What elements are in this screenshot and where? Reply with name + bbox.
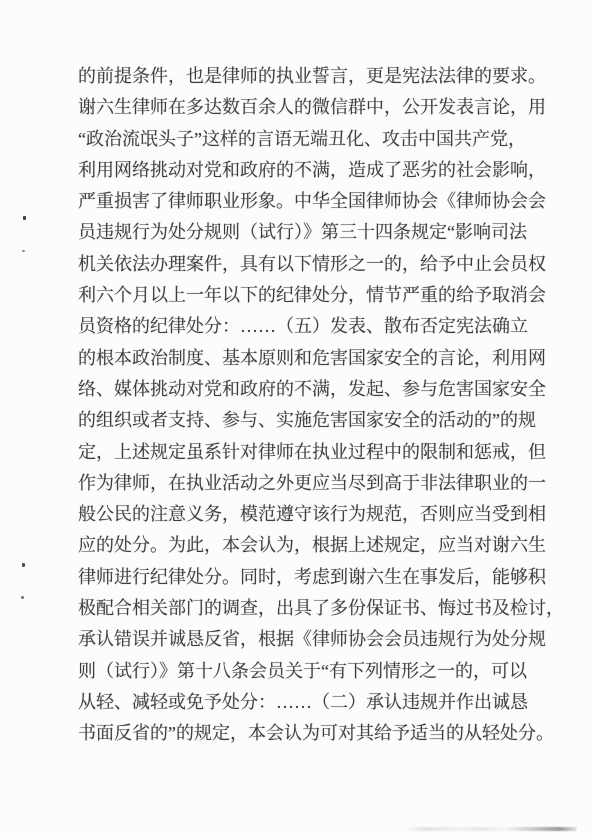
text-line: 作为律师，在执业活动之外更应当尽到高于非法律职业的一 bbox=[78, 468, 514, 499]
scan-artifact-dot bbox=[22, 250, 25, 252]
document-text-block: 的前提条件，也是律师的执业誓言，更是宪法法律的要求。 谢六生律师在多达数百余人的… bbox=[78, 61, 514, 750]
text-line: 的组织或者支持、参与、实施危害国家安全的活动的”的规 bbox=[78, 405, 514, 436]
text-line: 机关依法办理案件，具有以下情形之一的，给予中止会员权 bbox=[78, 249, 514, 280]
text-line: 从轻、减轻或免予处分：……（二）承认违规并作出诚恳 bbox=[78, 687, 514, 718]
scan-artifact-dot bbox=[21, 596, 24, 599]
scan-artifact-streak bbox=[405, 827, 577, 831]
text-line: 极配合相关部门的调查，出具了多份保证书、悔过书及检讨， bbox=[78, 593, 514, 624]
text-line: 利六个月以上一年以下的纪律处分，情节严重的给予取消会 bbox=[78, 280, 514, 311]
scan-artifact-dot bbox=[22, 563, 25, 567]
text-line: 承认错误并诚恳反省，根据《律师协会会员违规行为处分规 bbox=[78, 624, 514, 655]
text-line: 的根本政治制度、基本原则和危害国家安全的言论，利用网 bbox=[78, 343, 514, 374]
scan-artifact-dot bbox=[23, 216, 26, 220]
text-line: 员资格的纪律处分：……（五）发表、散布否定宪法确立 bbox=[78, 311, 514, 342]
text-line: 利用网络挑动对党和政府的不满，造成了恶劣的社会影响， bbox=[78, 155, 514, 186]
text-line: 谢六生律师在多达数百余人的微信群中，公开发表言论，用 bbox=[78, 92, 514, 123]
text-line: 则（试行）》第十八条会员关于“有下列情形之一的，可以 bbox=[78, 656, 514, 687]
text-line: 严重损害了律师职业形象。中华全国律师协会《律师协会会 bbox=[78, 186, 514, 217]
text-line: 书面反省的”的规定，本会认为可对其给予适当的从轻处分。 bbox=[78, 718, 514, 749]
text-line: 律师进行纪律处分。同时，考虑到谢六生在事发后，能够积 bbox=[78, 562, 514, 593]
text-line: “政治流氓头子”这样的言语无端丑化、攻击中国共产党， bbox=[78, 124, 514, 155]
text-line: 定，上述规定虽系针对律师在执业过程中的限制和惩戒，但 bbox=[78, 437, 514, 468]
text-line: 般公民的注意义务，模范遵守该行为规范，否则应当受到相 bbox=[78, 499, 514, 530]
text-line: 的前提条件，也是律师的执业誓言，更是宪法法律的要求。 bbox=[78, 61, 514, 92]
text-line: 员违规行为处分规则（试行）》第三十四条规定“影响司法 bbox=[78, 217, 514, 248]
text-line: 络、媒体挑动对党和政府的不满，发起、参与危害国家安全 bbox=[78, 374, 514, 405]
text-line: 应的处分。为此，本会认为，根据上述规定，应当对谢六生 bbox=[78, 530, 514, 561]
document-page: 的前提条件，也是律师的执业誓言，更是宪法法律的要求。 谢六生律师在多达数百余人的… bbox=[0, 0, 593, 839]
